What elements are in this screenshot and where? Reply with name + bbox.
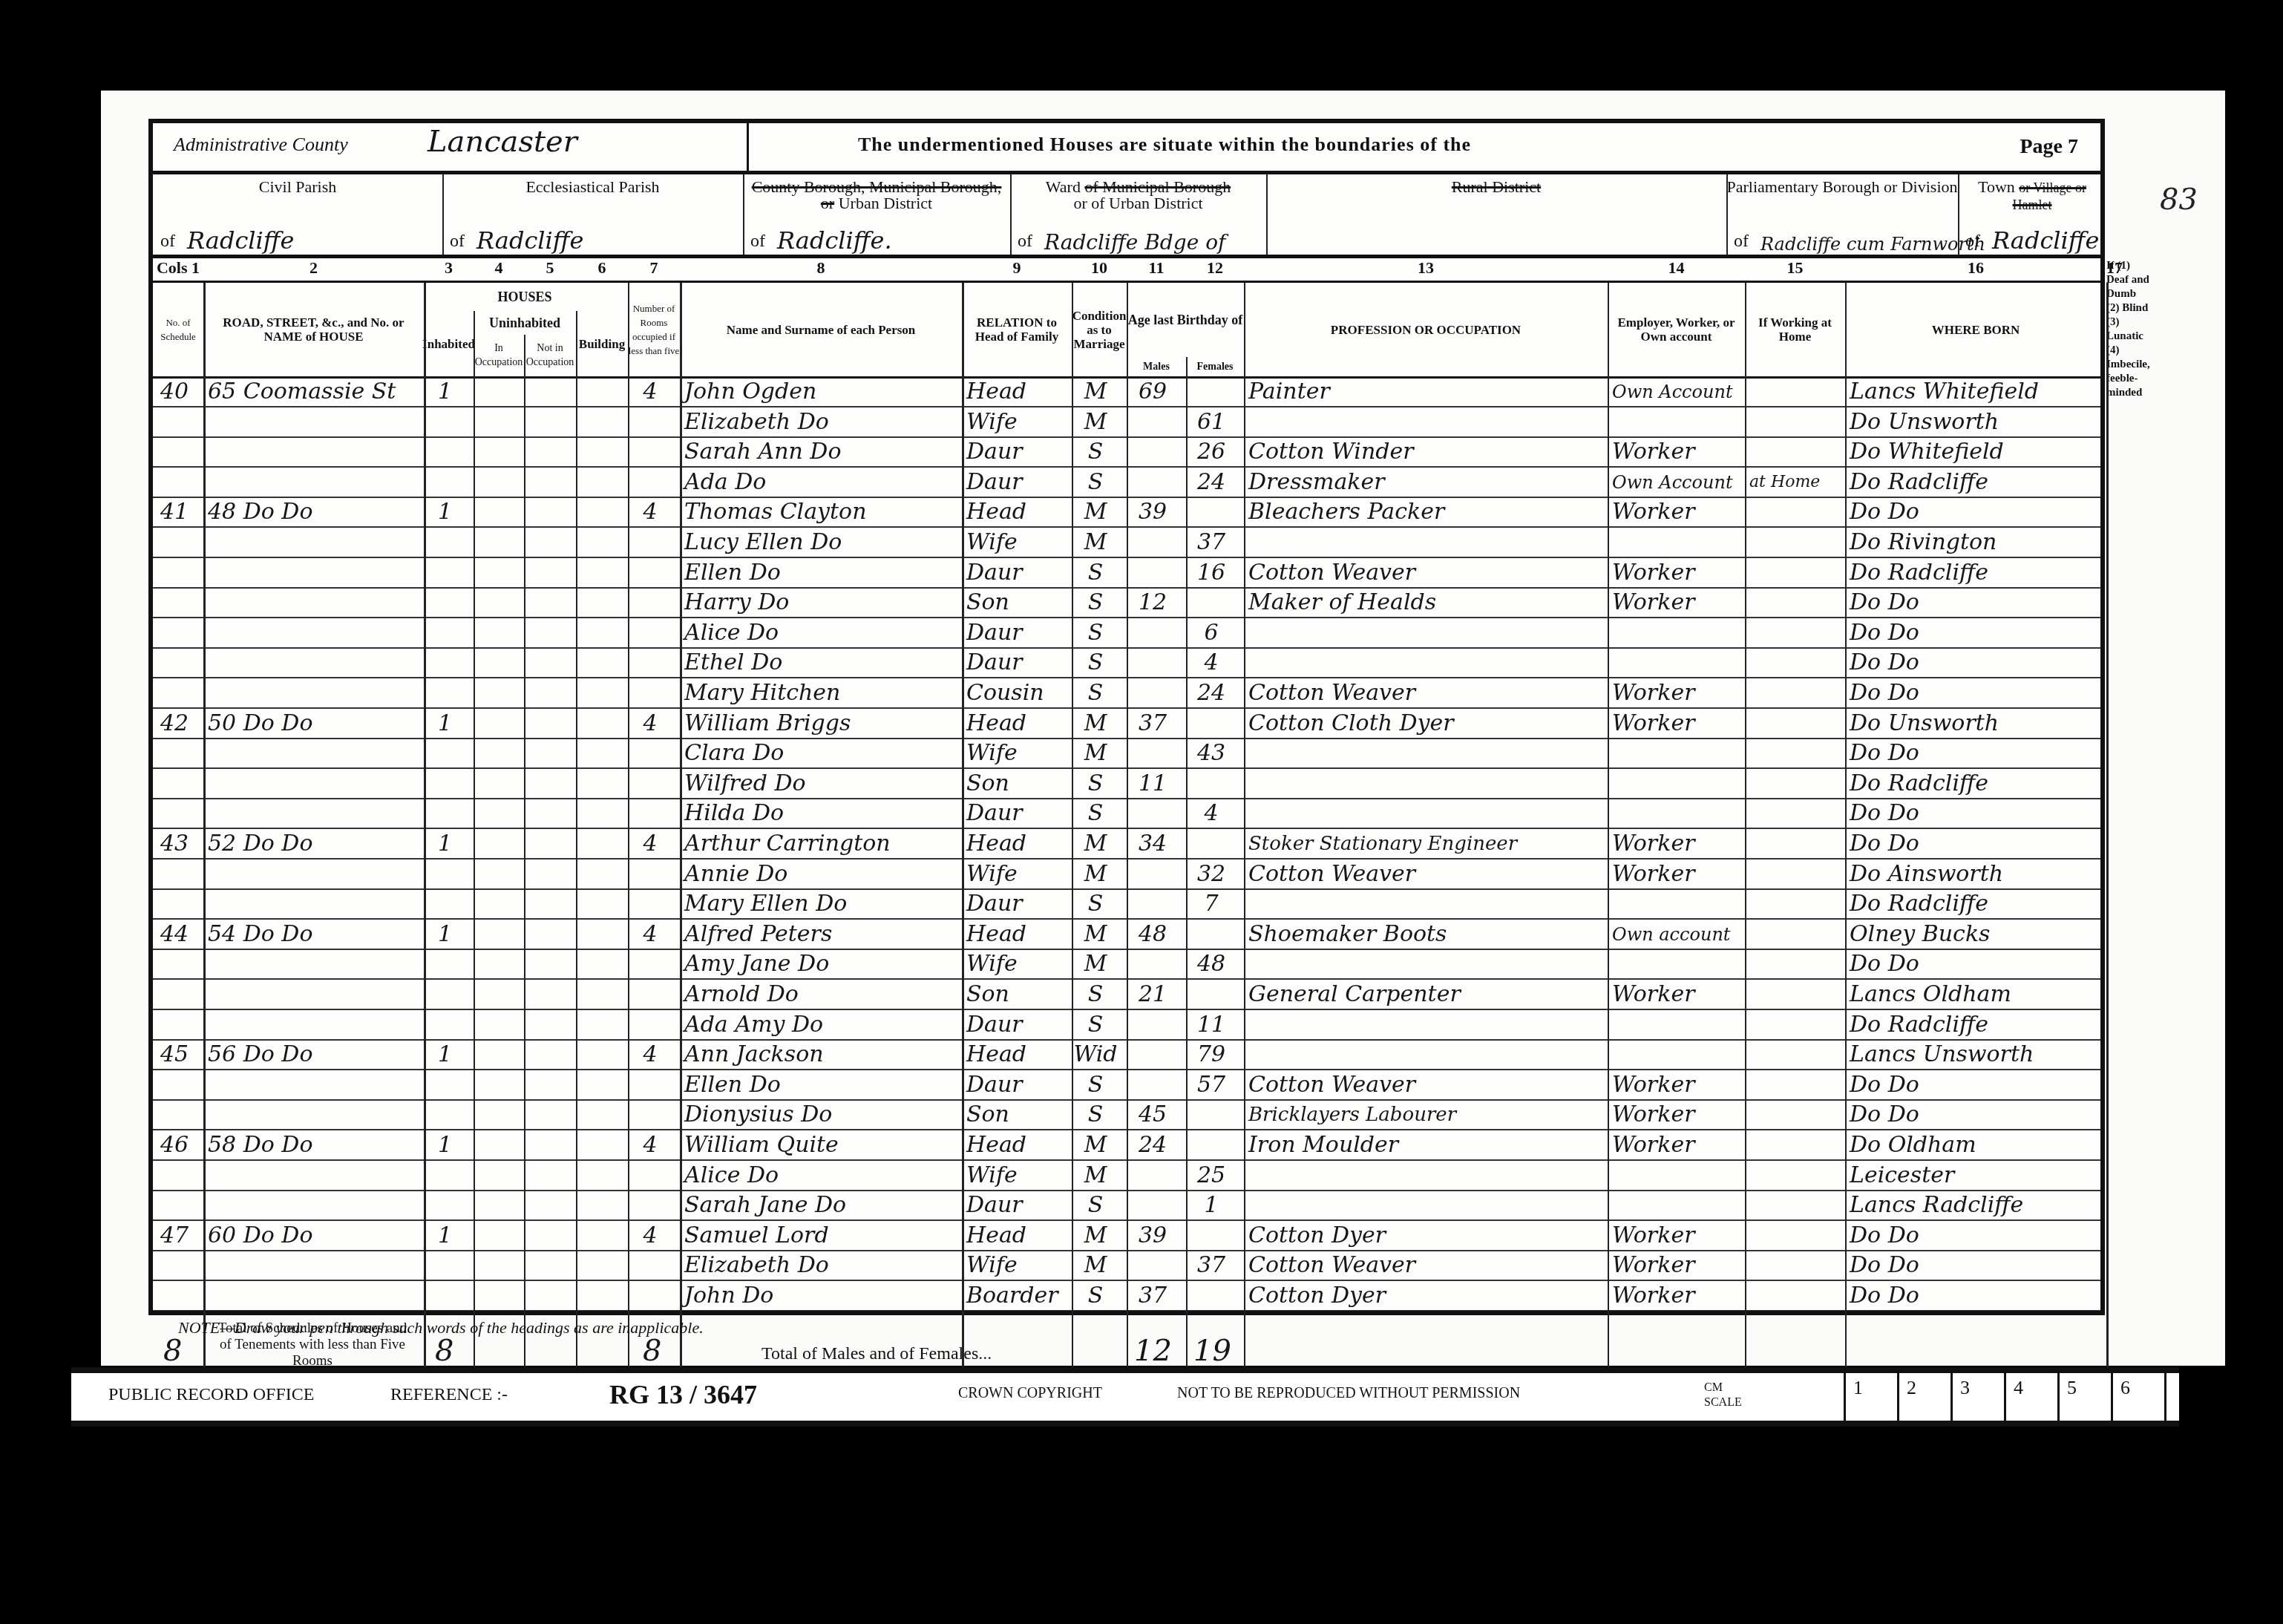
column-number: 16: [1845, 258, 2106, 278]
cell-inhabited: 1: [424, 710, 466, 738]
cell-born: Do Do: [1850, 679, 1919, 707]
cell-condition: S: [1072, 468, 1119, 497]
cell-condition: M: [1072, 528, 1119, 557]
cell-condition: S: [1072, 619, 1119, 647]
ecclesiastical-parish-value: Radcliffe: [476, 226, 583, 255]
administrative-county-label: Administrative County: [174, 134, 348, 156]
cell-condition: S: [1072, 1282, 1119, 1310]
cell-born: Do Do: [1850, 1222, 1919, 1250]
cell-condition: S: [1072, 799, 1119, 828]
cell-female-age: 37: [1186, 1251, 1237, 1280]
cell-occupation: Cotton Weaver: [1248, 679, 1415, 707]
cell-relation: Wife: [966, 1162, 1018, 1190]
cell-relation: Son: [966, 980, 1009, 1009]
area-headings: Civil Parish of Radcliffe Ecclesiastical…: [153, 174, 2100, 258]
scale-mark: 4: [2004, 1373, 2057, 1421]
cell-occupation: Cotton Dyer: [1248, 1222, 1386, 1250]
cell-name: Sarah Jane Do: [684, 1191, 846, 1219]
cell-relation: Wife: [966, 950, 1018, 978]
cell-address: 48 Do Do: [208, 498, 312, 526]
cell-name: Ethel Do: [684, 649, 782, 677]
cell-condition: M: [1072, 860, 1119, 888]
cell-relation: Son: [966, 1101, 1009, 1129]
cell-born: Do Radcliffe: [1850, 890, 1988, 918]
cell-occupation: Shoemaker Boots: [1248, 920, 1447, 949]
cell-inhabited: 1: [424, 498, 466, 526]
divider: [747, 123, 749, 171]
cell-female-age: 37: [1186, 528, 1237, 557]
column-divider: [962, 283, 964, 1398]
column-number: 3: [424, 258, 474, 278]
cell-born: Do Unsworth: [1850, 408, 1999, 436]
column-number: 14: [1608, 258, 1745, 278]
column-divider: [203, 283, 206, 1398]
form-note: NOTE—Draw your pen through such words of…: [178, 1318, 704, 1337]
cell-name: Alice Do: [684, 1162, 779, 1190]
cell-employer: Worker: [1612, 438, 1694, 466]
cell-born: Lancs Whitefield: [1850, 378, 2039, 406]
cell-name: Elizabeth Do: [684, 1251, 829, 1280]
column-header: Employer, Worker, or Own account: [1608, 283, 1745, 376]
cell-employer: Worker: [1612, 710, 1694, 738]
cell-female-age: 48: [1186, 950, 1237, 978]
cell-address: 54 Do Do: [208, 920, 312, 949]
cell-male-age: 12: [1127, 589, 1179, 617]
cell-name: William Quite: [684, 1131, 839, 1159]
cell-relation: Wife: [966, 739, 1018, 767]
cell-name: Lucy Ellen Do: [684, 528, 842, 557]
rural-district: Rural District: [1266, 174, 1728, 255]
boundary-heading: The undermentioned Houses are situate wi…: [858, 134, 1471, 156]
column-number: 8: [680, 258, 962, 278]
total-males: 12: [1134, 1337, 1172, 1365]
cell-female-age: 11: [1186, 1011, 1237, 1039]
cell-born: Do Whitefield: [1850, 438, 2004, 466]
public-record-office: PUBLIC RECORD OFFICE: [108, 1385, 314, 1405]
column-header: WHERE BORN: [1845, 283, 2106, 376]
cell-condition: M: [1072, 710, 1119, 738]
cell-male-age: 11: [1127, 770, 1179, 798]
column-header: In Occupation: [474, 335, 524, 376]
column-number: 12: [1186, 258, 1244, 278]
cell-name: William Briggs: [684, 710, 851, 738]
cell-schedule: 44: [153, 920, 196, 949]
cell-occupation: Dressmaker: [1248, 468, 1385, 497]
scale-mark: 3: [1950, 1373, 2004, 1421]
cell-condition: S: [1072, 770, 1119, 798]
cell-female-age: 16: [1186, 559, 1237, 587]
cell-name: Ellen Do: [684, 1071, 781, 1099]
column-divider: [524, 335, 525, 1398]
column-divider: [474, 311, 475, 1398]
cm-scale: 123456: [1844, 1373, 2246, 1421]
column-number: 9: [962, 258, 1072, 278]
cell-relation: Wife: [966, 528, 1018, 557]
cell-name: Clara Do: [684, 739, 784, 767]
cell-condition: M: [1072, 1131, 1119, 1159]
cell-relation: Head: [966, 1222, 1026, 1250]
cell-relation: Daur: [966, 799, 1023, 828]
cell-schedule: 42: [153, 710, 196, 738]
cell-born: Lancs Unsworth: [1850, 1041, 2034, 1069]
cell-female-age: 1: [1186, 1191, 1237, 1219]
cell-name: Dionysius Do: [684, 1101, 832, 1129]
folio-number: 83: [2160, 183, 2198, 217]
column-header: RELATION to Head of Family: [962, 283, 1072, 376]
cell-relation: Boarder: [966, 1282, 1058, 1310]
cell-relation: Daur: [966, 559, 1023, 587]
cell-schedule: 43: [153, 830, 196, 858]
cell-name: Annie Do: [684, 860, 787, 888]
total-schedules: 8: [163, 1337, 182, 1365]
cell-condition: M: [1072, 498, 1119, 526]
cell-born: Do Do: [1850, 739, 1919, 767]
cell-address: 60 Do Do: [208, 1222, 312, 1250]
town-value: Radcliffe: [1992, 226, 2099, 255]
cell-female-age: 4: [1186, 649, 1237, 677]
column-divider: [680, 283, 682, 1398]
column-divider: [1608, 283, 1609, 1398]
cell-condition: S: [1072, 649, 1119, 677]
scale-mark: 5: [2057, 1373, 2111, 1421]
cell-relation: Daur: [966, 1191, 1023, 1219]
cell-employer: Own Account: [1612, 468, 1733, 497]
total-rooms: 8: [643, 1337, 661, 1365]
column-group-header: Uninhabited: [474, 311, 576, 335]
column-number: Cols 1: [153, 258, 203, 278]
cell-condition: M: [1072, 378, 1119, 406]
ward-value: Radcliffe Bdge of: [1044, 230, 1225, 255]
cell-born: Do Do: [1850, 830, 1919, 858]
cell-condition: M: [1072, 1222, 1119, 1250]
cell-condition: S: [1072, 1191, 1119, 1219]
column-number: 4: [474, 258, 524, 278]
cell-male-age: 48: [1127, 920, 1179, 949]
column-number: 15: [1745, 258, 1845, 278]
cell-condition: S: [1072, 679, 1119, 707]
column-number: 13: [1244, 258, 1608, 278]
cell-condition: S: [1072, 559, 1119, 587]
cell-male-age: 45: [1127, 1101, 1179, 1129]
cell-relation: Daur: [966, 438, 1023, 466]
cell-condition: S: [1072, 1101, 1119, 1129]
cell-relation: Head: [966, 710, 1026, 738]
ecclesiastical-parish: Ecclesiastical Parish of Radcliffe: [442, 174, 744, 255]
cell-condition: M: [1072, 830, 1119, 858]
cell-inhabited: 1: [424, 1131, 466, 1159]
column-header: If Working at Home: [1745, 283, 1845, 376]
cell-relation: Head: [966, 920, 1026, 949]
cell-condition: M: [1072, 950, 1119, 978]
cell-name: Sarah Ann Do: [684, 438, 841, 466]
archive-reference-strip: PUBLIC RECORD OFFICE REFERENCE :- RG 13 …: [71, 1367, 2179, 1427]
cell-employer: Worker: [1612, 1101, 1694, 1129]
cell-employer: Worker: [1612, 980, 1694, 1009]
cell-rooms: 4: [628, 498, 672, 526]
cell-female-age: 57: [1186, 1071, 1237, 1099]
parliamentary-borough: Parliamentary Borough or Division of Rad…: [1726, 174, 1959, 255]
cell-address: 58 Do Do: [208, 1131, 312, 1159]
cell-at-home: at Home: [1749, 468, 1820, 497]
administrative-county-value: Lancaster: [428, 125, 577, 159]
cell-name: Ann Jackson: [684, 1041, 824, 1069]
cell-relation: Daur: [966, 468, 1023, 497]
cell-schedule: 40: [153, 378, 196, 406]
urban-district-value: Radcliffe.: [777, 226, 892, 255]
cell-born: Lancs Oldham: [1850, 980, 2011, 1009]
column-group-header: Age last Birthday of: [1127, 283, 1244, 357]
cell-employer: Worker: [1612, 679, 1694, 707]
cell-born: Do Do: [1850, 1071, 1919, 1099]
cell-condition: M: [1072, 920, 1119, 949]
cell-name: Arthur Carrington: [684, 830, 891, 858]
cell-name: Arnold Do: [684, 980, 799, 1009]
cell-employer: Worker: [1612, 1222, 1694, 1250]
ward: Ward of Municipal Boroughor of Urban Dis…: [1010, 174, 1268, 255]
cell-born: Olney Bucks: [1850, 920, 1991, 949]
cell-born: Do Radcliffe: [1850, 770, 1988, 798]
urban-district: County Borough, Municipal Borough, or Ur…: [743, 174, 1012, 255]
cell-female-age: 25: [1186, 1162, 1237, 1190]
cell-relation: Daur: [966, 890, 1023, 918]
column-header: Females: [1186, 357, 1244, 376]
column-number: 5: [524, 258, 576, 278]
cell-rooms: 4: [628, 710, 672, 738]
cell-name: Mary Ellen Do: [684, 890, 847, 918]
cell-name: Wilfred Do: [684, 770, 806, 798]
cell-relation: Wife: [966, 1251, 1018, 1280]
column-divider: [1244, 283, 1245, 1398]
cell-born: Do Do: [1850, 649, 1919, 677]
cell-female-age: 26: [1186, 438, 1237, 466]
cell-born: Do Rivington: [1850, 528, 1997, 557]
cell-inhabited: 1: [424, 1222, 466, 1250]
column-number: 7: [628, 258, 680, 278]
column-number: 10: [1072, 258, 1127, 278]
cell-condition: M: [1072, 739, 1119, 767]
column-header: No. of Schedule: [153, 283, 203, 376]
cell-address: 56 Do Do: [208, 1041, 312, 1069]
cell-occupation: Painter: [1248, 378, 1330, 406]
cell-condition: S: [1072, 1011, 1119, 1039]
cell-relation: Wife: [966, 408, 1018, 436]
column-divider: [2106, 283, 2109, 1398]
cell-name: Thomas Clayton: [684, 498, 866, 526]
cell-occupation: Cotton Weaver: [1248, 559, 1415, 587]
reference-number: RG 13 / 3647: [609, 1379, 757, 1410]
column-header: If (1) Deaf and Dumb (2) Blind (3) Lunat…: [2106, 283, 2150, 376]
cell-condition: S: [1072, 589, 1119, 617]
cell-relation: Cousin: [966, 679, 1044, 707]
cell-relation: Daur: [966, 1071, 1023, 1099]
cell-name: Mary Hitchen: [684, 679, 840, 707]
cell-name: Ada Do: [684, 468, 766, 497]
column-header: Name and Surname of each Person: [680, 283, 962, 376]
cell-male-age: 24: [1127, 1131, 1179, 1159]
parliamentary-borough-value: Radcliffe cum Farnworth: [1760, 234, 1985, 255]
column-header: ROAD, STREET, &c., and No. or NAME of HO…: [203, 283, 424, 376]
cell-female-age: 61: [1186, 408, 1237, 436]
column-number: 6: [576, 258, 628, 278]
cell-born: Do Do: [1850, 1282, 1919, 1310]
cell-condition: M: [1072, 1251, 1119, 1280]
column-number: 2: [203, 258, 424, 278]
cell-schedule: 41: [153, 498, 196, 526]
cell-rooms: 4: [628, 378, 672, 406]
cell-female-age: 4: [1186, 799, 1237, 828]
cell-born: Do Do: [1850, 1101, 1919, 1129]
cell-address: 50 Do Do: [208, 710, 312, 738]
cell-relation: Wife: [966, 860, 1018, 888]
total-females: 19: [1193, 1337, 1231, 1365]
cell-male-age: 34: [1127, 830, 1179, 858]
cell-employer: Worker: [1612, 1131, 1694, 1159]
cell-rooms: 4: [628, 830, 672, 858]
cell-name: Hilda Do: [684, 799, 784, 828]
cell-male-age: 37: [1127, 710, 1179, 738]
cell-born: Do Do: [1850, 619, 1919, 647]
cell-employer: Own account: [1612, 920, 1731, 949]
cell-name: Amy Jane Do: [684, 950, 829, 978]
cell-male-age: 39: [1127, 498, 1179, 526]
cell-male-age: 69: [1127, 378, 1179, 406]
page-number: Page 7: [2020, 135, 2078, 159]
cell-born: Do Radcliffe: [1850, 559, 1988, 587]
cell-occupation: General Carpenter: [1248, 980, 1461, 1009]
column-divider: [1745, 283, 1746, 1398]
cell-employer: Own Account: [1612, 378, 1733, 406]
census-form: Administrative County Lancaster The unde…: [148, 119, 2105, 1315]
scale-mark: [2164, 1373, 2246, 1421]
column-header: Building: [576, 311, 628, 376]
cell-female-age: 32: [1186, 860, 1237, 888]
cell-born: Do Do: [1850, 799, 1919, 828]
cell-employer: Worker: [1612, 860, 1694, 888]
cell-occupation: Cotton Weaver: [1248, 1071, 1415, 1099]
cell-name: Alfred Peters: [684, 920, 832, 949]
cell-female-age: 79: [1186, 1041, 1237, 1069]
scale-mark: 6: [2111, 1373, 2164, 1421]
cell-address: 52 Do Do: [208, 830, 312, 858]
cell-born: Do Do: [1850, 1251, 1919, 1280]
cell-address: 65 Coomassie St: [208, 378, 396, 406]
column-divider: [1186, 357, 1188, 1398]
cell-rooms: 4: [628, 1222, 672, 1250]
cell-employer: Worker: [1612, 498, 1694, 526]
cell-name: Alice Do: [684, 619, 779, 647]
cell-occupation: Cotton Winder: [1248, 438, 1414, 466]
cell-female-age: 24: [1186, 468, 1237, 497]
column-header: Males: [1127, 357, 1186, 376]
cell-employer: Worker: [1612, 1071, 1694, 1099]
cell-condition: S: [1072, 1071, 1119, 1099]
cell-rooms: 4: [628, 920, 672, 949]
cell-inhabited: 1: [424, 830, 466, 858]
column-number: 11: [1127, 258, 1186, 278]
cell-name: Harry Do: [684, 589, 789, 617]
cell-male-age: 37: [1127, 1282, 1179, 1310]
cell-relation: Daur: [966, 649, 1023, 677]
cell-employer: Worker: [1612, 589, 1694, 617]
cell-schedule: 45: [153, 1041, 196, 1069]
reproduction-notice: NOT TO BE REPRODUCED WITHOUT PERMISSION: [1177, 1385, 1520, 1402]
cell-employer: Worker: [1612, 559, 1694, 587]
crown-copyright: CROWN COPYRIGHT: [958, 1385, 1102, 1402]
cell-occupation: Cotton Cloth Dyer: [1248, 710, 1454, 738]
cell-relation: Head: [966, 378, 1026, 406]
cell-female-age: 43: [1186, 739, 1237, 767]
civil-parish: Civil Parish of Radcliffe: [153, 174, 444, 255]
total-males-females-label: Total of Males and of Females...: [761, 1344, 992, 1364]
cell-born: Do Do: [1850, 498, 1919, 526]
cell-female-age: 24: [1186, 679, 1237, 707]
cell-occupation: Cotton Dyer: [1248, 1282, 1386, 1310]
cell-born: Do Radcliffe: [1850, 468, 1988, 497]
cell-born: Do Oldham: [1850, 1131, 1976, 1159]
column-divider: [628, 283, 629, 1398]
cell-occupation: Maker of Healds: [1248, 589, 1436, 617]
cell-born: Do Do: [1850, 589, 1919, 617]
column-divider: [1072, 283, 1073, 1398]
cell-name: Ada Amy Do: [684, 1011, 823, 1039]
cell-employer: Worker: [1612, 830, 1694, 858]
cell-occupation: Stoker Stationary Engineer: [1248, 830, 1517, 858]
cell-name: Elizabeth Do: [684, 408, 829, 436]
column-divider: [1127, 283, 1128, 1398]
cell-occupation: Iron Moulder: [1248, 1131, 1398, 1159]
cm-scale-label: CM SCALE: [1704, 1381, 1756, 1410]
cell-condition: S: [1072, 438, 1119, 466]
cell-name: Samuel Lord: [684, 1222, 829, 1250]
cell-female-age: 6: [1186, 619, 1237, 647]
cell-occupation: Bricklayers Labourer: [1248, 1101, 1456, 1129]
column-header: Not in Occupation: [524, 335, 576, 376]
column-header: Condition as to Marriage: [1072, 283, 1127, 376]
cell-inhabited: 1: [424, 920, 466, 949]
cell-born: Do Do: [1850, 950, 1919, 978]
cell-relation: Head: [966, 1131, 1026, 1159]
form-title-bar: Administrative County Lancaster The unde…: [153, 123, 2100, 174]
cell-born: Do Unsworth: [1850, 710, 1999, 738]
town: Town or Village or Hamlet of Radcliffe: [1958, 174, 2106, 255]
cell-male-age: 21: [1127, 980, 1179, 1009]
cell-male-age: 39: [1127, 1222, 1179, 1250]
scale-mark: 1: [1844, 1373, 1897, 1421]
column-header: Number of Rooms occupied if less than fi…: [628, 283, 680, 376]
cell-condition: S: [1072, 890, 1119, 918]
cell-relation: Son: [966, 770, 1009, 798]
cell-condition: M: [1072, 408, 1119, 436]
column-numbers: Cols 1234567891011121314151617: [153, 258, 2100, 283]
column-group-header: HOUSES: [474, 283, 576, 311]
cell-condition: Wid: [1072, 1041, 1119, 1069]
cell-occupation: Bleachers Packer: [1248, 498, 1444, 526]
cell-born: Leicester: [1850, 1162, 1954, 1190]
cell-relation: Son: [966, 589, 1009, 617]
total-inhabited: 8: [435, 1337, 453, 1365]
column-header: PROFESSION OR OCCUPATION: [1244, 283, 1608, 376]
column-header: Inhabited: [424, 311, 474, 376]
cell-inhabited: 1: [424, 378, 466, 406]
cell-occupation: Cotton Weaver: [1248, 1251, 1415, 1280]
cell-relation: Head: [966, 830, 1026, 858]
cell-relation: Daur: [966, 1011, 1023, 1039]
cell-employer: Worker: [1612, 1251, 1694, 1280]
cell-condition: S: [1072, 980, 1119, 1009]
cell-relation: Head: [966, 498, 1026, 526]
cell-relation: Daur: [966, 619, 1023, 647]
cell-condition: M: [1072, 1162, 1119, 1190]
